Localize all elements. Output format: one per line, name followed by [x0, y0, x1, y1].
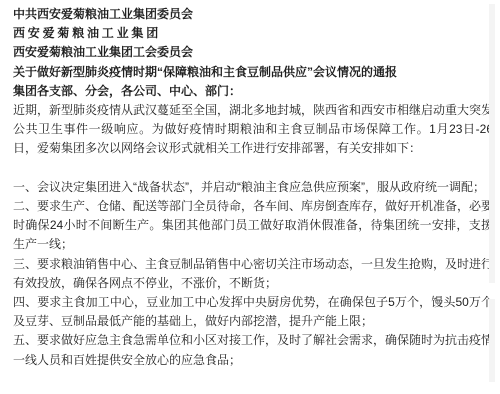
intro-paragraph: 近期，新型肺炎疫情从武汉蔓延至全国，湖北多地封城，陕西省和西安市相继启动重大突发… [13, 101, 493, 159]
right-edge-strip-bottom [489, 299, 495, 382]
org-line-union-committee: 西安爱菊粮油工业集团工会委员会 [13, 43, 493, 62]
document-body: 中共西安爱菊粮油工业集团委员会 西安爱菊粮油工业集团 西安爱菊粮油工业集团工会委… [13, 5, 493, 370]
org-line-group: 西安爱菊粮油工业集团 [13, 24, 493, 43]
document-page: 中共西安爱菊粮油工业集团委员会 西安爱菊粮油工业集团 西安爱菊粮油工业集团工会委… [0, 0, 500, 394]
item-5: 五、要求做好应急主食急需单位和小区对接工作，及时了解社会需求，确保随时为抗击疫情… [13, 331, 493, 369]
org-line-party-committee: 中共西安爱菊粮油工业集团委员会 [13, 5, 493, 24]
item-2: 二、要求生产、仓储、配送等部门全员待命，各车间、库房倒查库存，做好开机准备，必要… [13, 197, 493, 255]
salutation-line: 集团各支部、分会，各公司、中心、部门： [13, 82, 493, 101]
item-4: 四、要求主食加工中心，豆业加工中心发挥中央厨房优势，在确保包子5万个，馒头50万… [13, 293, 493, 331]
item-1: 一、会议决定集团进入“战备状态”，并启动“粮油主食应急供应预案”，服从政府统一调… [13, 178, 493, 197]
item-3: 三、要求粮油销售中心、主食豆制品销售中心密切关注市场动态，一旦发生抢购，及时进行… [13, 255, 493, 293]
doc-title: 关于做好新型肺炎疫情时期“保障粮油和主食豆制品供应”会议情况的通报 [13, 63, 493, 82]
right-edge-strip-top [489, 4, 495, 283]
